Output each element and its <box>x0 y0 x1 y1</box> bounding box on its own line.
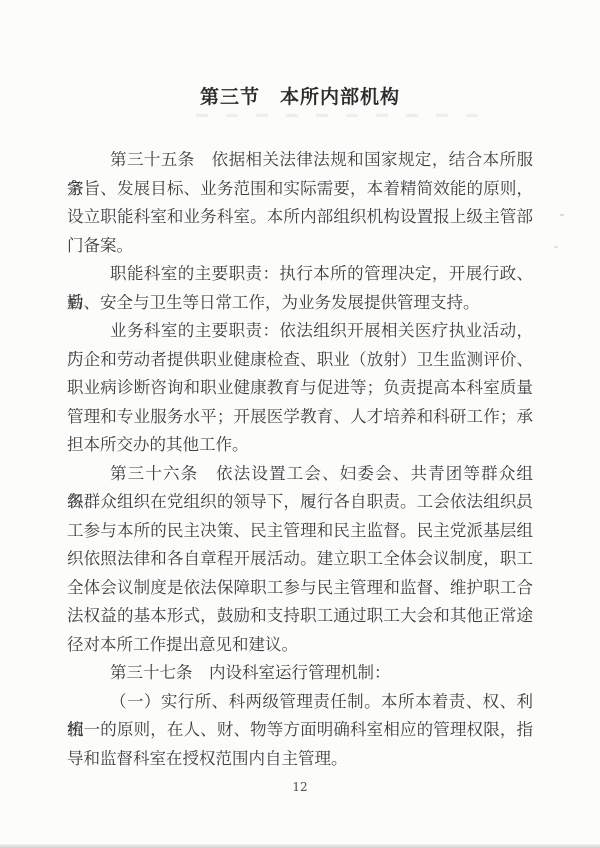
text-line: 业务科室的主要职责：依法组织开展相关医疗执业活动，为 <box>67 317 533 346</box>
text-line: 径对本所工作提出意见和建议。 <box>67 631 533 660</box>
text-line: 第三十七条 内设科室运行管理机制： <box>67 659 533 688</box>
scan-artifact <box>560 214 564 216</box>
text-line: 职业病诊断咨询和职业健康教育与促进等；负责提高本科室质量 <box>67 374 533 403</box>
text-line: 设立职能科室和业务科室。本所内部组织机构设置报上级主管部 <box>67 203 533 232</box>
text-line: 担本所交办的其他工作。 <box>67 431 533 460</box>
scan-artifact <box>554 246 558 248</box>
text-line: 全体会议制度是依法保障职工参与民主管理和监督、维护职工合 <box>67 574 533 603</box>
text-line: 工参与本所的民主决策、民主管理和民主监督。民主党派基层组 <box>67 517 533 546</box>
text-line: 门备案。 <box>67 232 533 261</box>
text-line: 统一的原则，在人、财、物等方面明确科室相应的管理权限，指 <box>67 716 533 745</box>
text-line: 织依照法律和各自章程开展活动。建立职工全体会议制度，职工 <box>67 545 533 574</box>
document-body: 第三十五条 依据相关法律法规和国家规定，结合本所服务 宗旨、发展目标、业务范围和… <box>67 146 533 773</box>
text-line: 各群众组织在党组织的领导下，履行各自职责。工会依法组织员 <box>67 488 533 517</box>
text-line: （一）实行所、科两级管理责任制。本所本着责、权、利相 <box>67 688 533 717</box>
scan-edge-shadow <box>0 844 600 848</box>
text-line: 管理和专业服务水平；开展医学教育、人才培养和科研工作；承 <box>67 403 533 432</box>
text-line: 导和监督科室在授权范围内自主管理。 <box>67 745 533 774</box>
text-line: 第三十五条 依据相关法律法规和国家规定，结合本所服务 <box>67 146 533 175</box>
text-line: 勤、安全与卫生等日常工作，为业务发展提供管理支持。 <box>67 289 533 318</box>
document-page: 第三节 本所内部机构 第三十五条 依据相关法律法规和国家规定，结合本所服务 宗旨… <box>0 0 600 848</box>
section-title: 第三节 本所内部机构 <box>0 82 600 109</box>
page-number: 12 <box>0 780 600 794</box>
text-line: 职能科室的主要职责：执行本所的管理决定，开展行政、后 <box>67 260 533 289</box>
scan-artifact <box>196 114 480 117</box>
text-line: 法权益的基本形式，鼓励和支持职工通过职工大会和其他正常途 <box>67 602 533 631</box>
text-line: 厂企和劳动者提供职业健康检查、职业（放射）卫生监测评价、 <box>67 346 533 375</box>
text-line: 宗旨、发展目标、业务范围和实际需要，本着精简效能的原则， <box>67 175 533 204</box>
text-line: 第三十六条 依法设置工会、妇委会、共青团等群众组织。 <box>67 460 533 489</box>
